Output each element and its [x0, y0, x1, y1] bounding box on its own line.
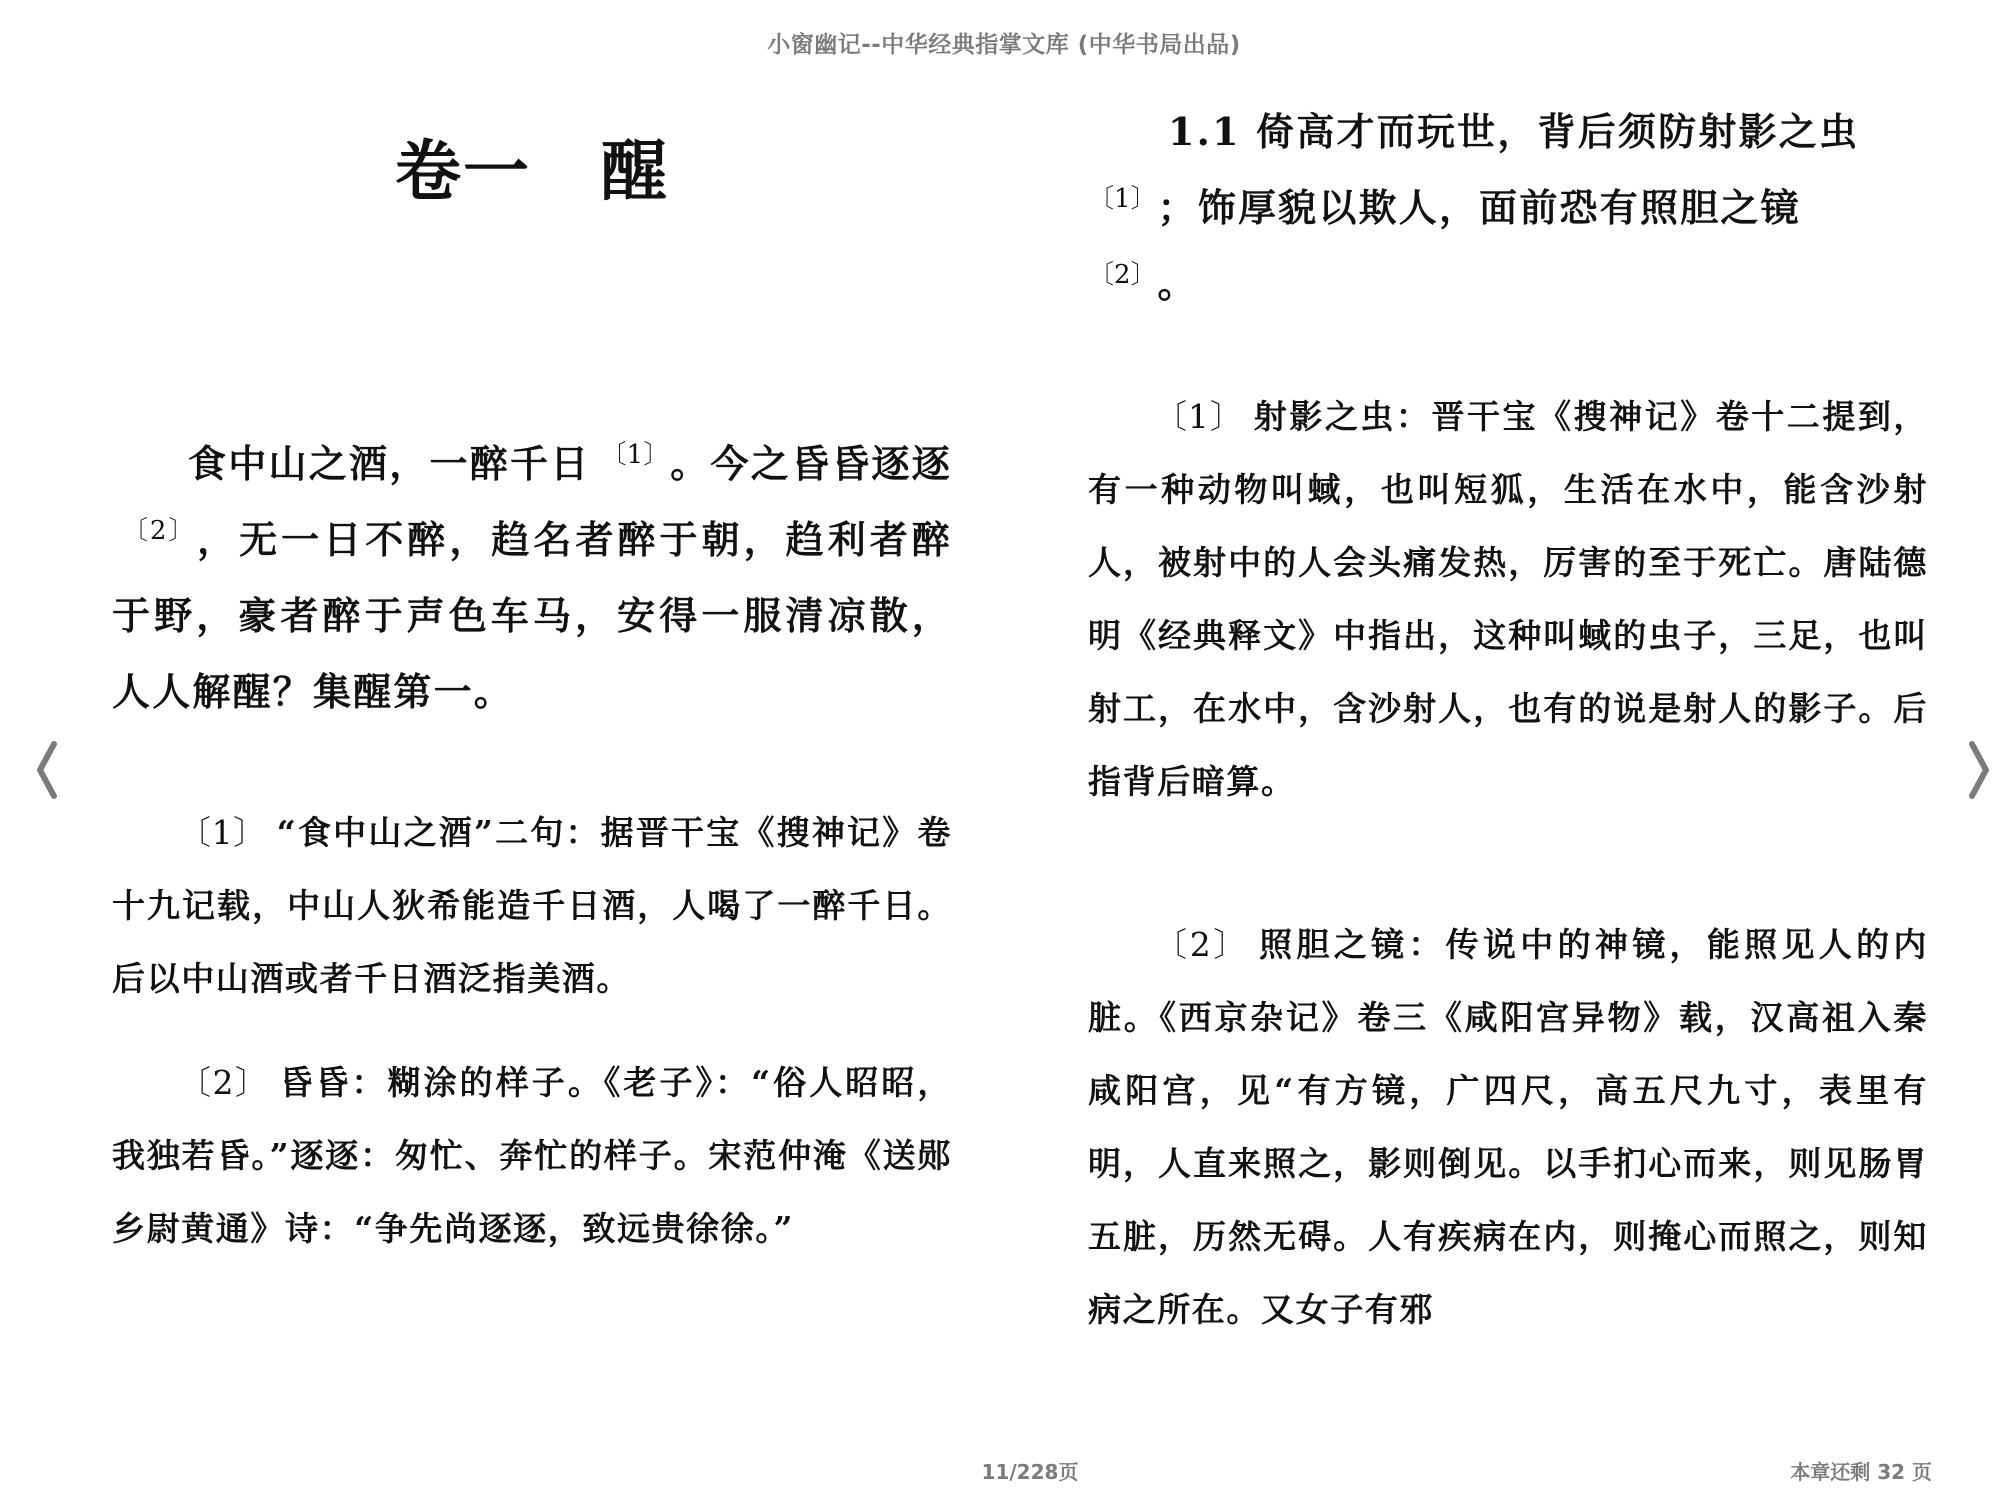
- footnote-number: 〔1〕: [178, 813, 267, 852]
- footnote-text: 射影之虫：晋干宝《搜神记》卷十二提到，有一种动物叫蜮，也叫短狐，生活在水中，能含…: [1088, 397, 1928, 801]
- footnote-1: 〔1〕射影之虫：晋干宝《搜神记》卷十二提到，有一种动物叫蜮，也叫短狐，生活在水中…: [1088, 380, 1928, 818]
- preface-text: ，无一日不醉，趋名者醉于朝，趋利者醉于野，豪者醉于声色车马，安得一服清凉散，人人…: [112, 517, 952, 714]
- footnote-ref-1[interactable]: 〔1〕: [1088, 184, 1144, 214]
- preface-text: 。今之昏昏逐逐: [670, 441, 952, 486]
- book-title: 小窗幽记--中华经典指掌文库 (中华书局出品): [0, 26, 2008, 59]
- footnote-ref-2[interactable]: 〔2〕: [122, 516, 183, 546]
- footnote-2: 〔2〕照胆之镜：传说中的神镜，能照见人的内脏。《西京杂记》卷三《咸阳宫异物》载，…: [1088, 908, 1928, 1346]
- chapter-title-volume: 卷一: [395, 132, 531, 210]
- chapter-title: 卷一醒: [112, 118, 952, 213]
- entry-text: ；饰厚貌以欺人，面前恐有照胆之镜: [1158, 185, 1801, 230]
- footnote-number: 〔2〕: [178, 1063, 269, 1102]
- chapter-preface: 食中山之酒，一醉千日〔1〕。今之昏昏逐逐〔2〕，无一日不醉，趋名者醉于朝，趋利者…: [112, 426, 952, 730]
- previous-page-button[interactable]: [28, 728, 68, 818]
- entry-text: 。: [1158, 261, 1198, 306]
- footnote-ref-2[interactable]: 〔2〕: [1088, 260, 1144, 290]
- entry-1-1: 1.1 倚高才而玩世，背后须防射影之虫〔1〕；饰厚貌以欺人，面前恐有照胆之镜〔2…: [1088, 94, 1928, 322]
- chevron-left-icon: [28, 728, 68, 818]
- footnote-number: 〔1〕: [1154, 397, 1244, 436]
- entry-text: 1.1 倚高才而玩世，背后须防射影之虫: [1168, 109, 1859, 154]
- page-indicator: 11/228页: [900, 1456, 1160, 1485]
- footnote-2: 〔2〕昏昏：糊涂的样子。《老子》：“俗人昭昭，我独若昏。”逐逐：匆忙、奔忙的样子…: [112, 1046, 952, 1265]
- footnote-1: 〔1〕“食中山之酒”二句：据晋干宝《搜神记》卷十九记载，中山人狄希能造千日酒，人…: [112, 796, 952, 1015]
- chapter-remaining-pages: 本章还剩 32 页: [1790, 1456, 1932, 1485]
- chevron-right-icon: [1960, 728, 2000, 818]
- footnote-ref-1[interactable]: 〔1〕: [601, 440, 657, 470]
- chapter-title-name: 醒: [601, 132, 669, 210]
- footnote-number: 〔2〕: [1154, 925, 1249, 964]
- footnote-text: 照胆之镜：传说中的神镜，能照见人的内脏。《西京杂记》卷三《咸阳宫异物》载，汉高祖…: [1088, 925, 1928, 1329]
- next-page-button[interactable]: [1960, 728, 2000, 818]
- preface-text: 食中山之酒，一醉千日: [188, 441, 591, 486]
